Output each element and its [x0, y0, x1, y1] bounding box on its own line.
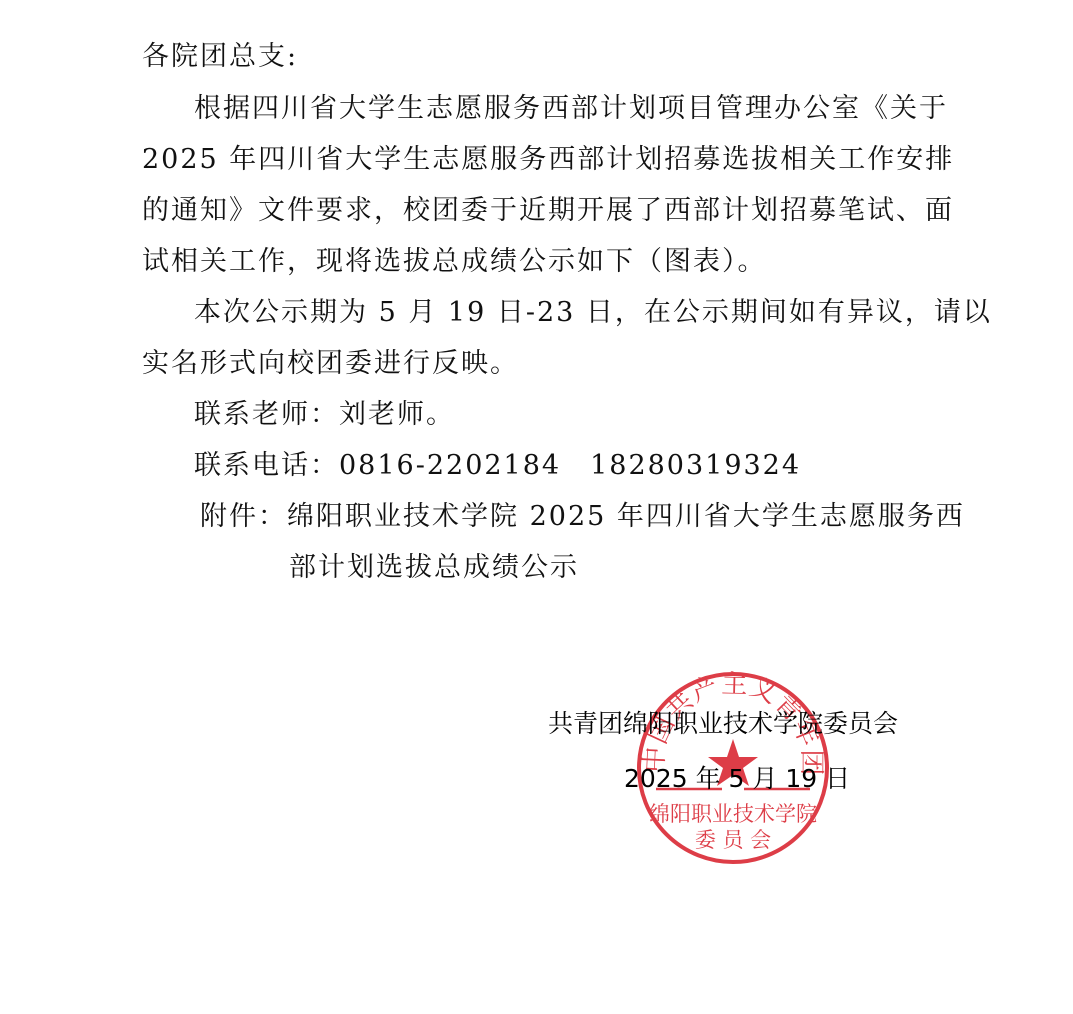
stamp-line1: 绵阳职业技术学院: [649, 802, 817, 826]
stamp-line2: 委 员 会: [695, 828, 771, 852]
paragraph-line: 本次公示期为 5 月 19 日-23 日，在公示期间如有异议，请以: [194, 298, 992, 328]
paragraph-line: 实名形式向校团委进行反映。: [142, 349, 519, 379]
paragraph-line: 试相关工作，现将选拔总成绩公示如下（图表）。: [142, 247, 767, 277]
contact-phone: 联系电话：0816-2202184 18280319324: [194, 451, 801, 481]
paragraph-line: 的通知》文件要求，校团委于近期开展了西部计划招募笔试、面: [142, 196, 954, 226]
signature-organization: 共青团绵阳职业技术学院委员会: [548, 710, 898, 738]
attachment-line-continued: 部计划选拔总成绩公示: [289, 553, 579, 583]
attachment-line: 附件：绵阳职业技术学院 2025 年四川省大学生志愿服务西: [200, 502, 965, 532]
salutation: 各院团总支:: [142, 42, 298, 72]
paragraph-line: 根据四川省大学生志愿服务西部计划项目管理办公室《关于: [194, 94, 948, 124]
contact-teacher: 联系老师：刘老师。: [194, 400, 455, 430]
paragraph-line: 2025 年四川省大学生志愿服务西部计划招募选拔相关工作安排: [142, 145, 954, 175]
signature-date: 2025 年 5 月 19 日: [624, 765, 850, 793]
